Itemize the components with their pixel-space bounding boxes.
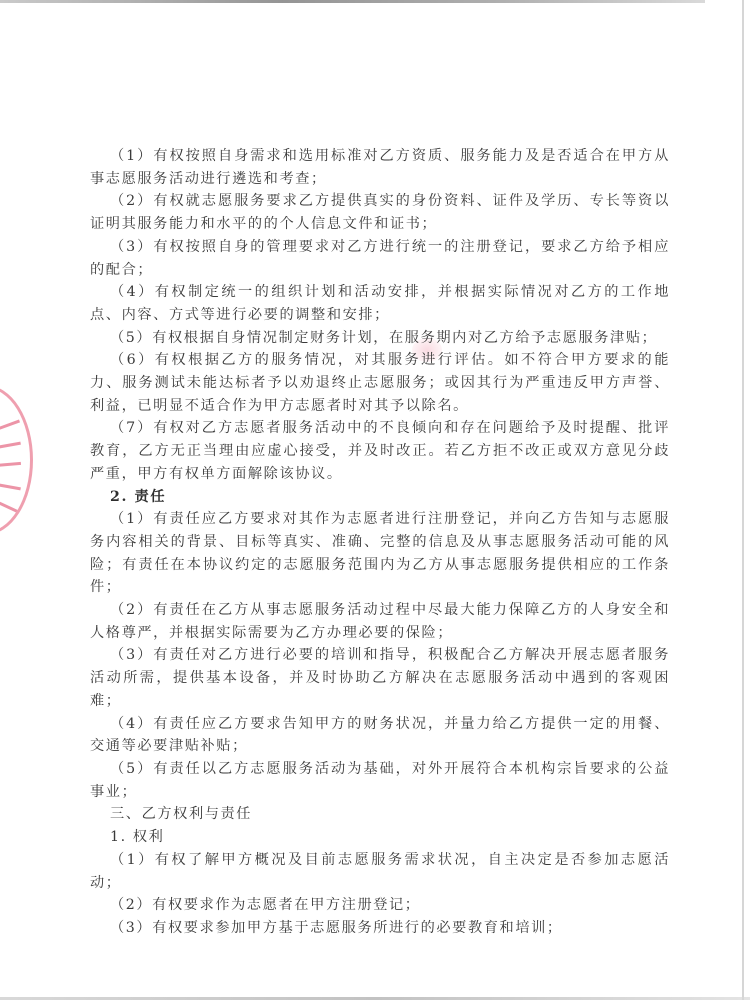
- seal-stroke: [0, 462, 21, 469]
- clause-right-3: （3）有权按照自身的管理要求对乙方进行统一的注册登记，要求乙方给予相应的配合；: [90, 236, 670, 281]
- section-three-heading: 三、乙方权利与责任: [90, 803, 670, 826]
- seal-stroke: [0, 479, 21, 491]
- clause-right-6: （6）有权根据乙方的服务情况，对其服务进行评估。如不符合甲方要求的能力、服务测试…: [90, 349, 670, 417]
- party-b-right-1: （1）有权了解甲方概况及目前志愿服务需求状况，自主决定是否参加志愿活动；: [90, 849, 670, 894]
- clause-duty-3: （3）有责任对乙方进行必要的培训和指导，积极配合乙方解决开展志愿者服务活动所需，…: [90, 644, 670, 712]
- clause-duty-5: （5）有责任以乙方志愿服务活动为基础，对外开展符合本机构宗旨要求的公益事业；: [90, 758, 670, 803]
- clause-right-7: （7）有权对乙方志愿者服务活动中的不良倾向和存在问题给予及时提醒、批评教育，乙方…: [90, 417, 670, 485]
- clause-right-1: （1）有权按照自身需求和选用标准对乙方资质、服务能力及是否适合在甲方从事志愿服务…: [90, 145, 670, 190]
- clause-duty-2: （2）有责任在乙方从事志愿服务活动过程中尽最大能力保障乙方的人身安全和人格尊严，…: [90, 599, 670, 644]
- seal-stroke: [0, 442, 21, 454]
- scan-top-edge: [0, 0, 705, 3]
- duties-heading: 2. 责任: [90, 486, 670, 509]
- clause-duty-4: （4）有责任应乙方要求告知甲方的财务状况，并量力给乙方提供一定的用餐、交通等必要…: [90, 713, 670, 758]
- seal-stroke: [0, 420, 20, 440]
- clause-duty-1: （1）有责任应乙方要求对其作为志愿者进行注册登记，并向乙方告知与志愿服务内容相关…: [90, 508, 670, 599]
- clause-right-5: （5）有权根据自身情况制定财务计划，在服务期内对乙方给予志愿服务津贴；: [90, 327, 670, 350]
- scan-right-edge: [742, 0, 744, 1000]
- seal-stroke: [0, 490, 19, 514]
- party-b-right-3: （3）有权要求参加甲方基于志愿服务所进行的必要教育和培训；: [90, 917, 670, 940]
- clause-right-4: （4）有权制定统一的组织计划和活动安排，并根据实际情况对乙方的工作地点、内容、方…: [90, 281, 670, 326]
- party-b-rights-heading: 1. 权利: [90, 826, 670, 849]
- contract-page-body: （1）有权按照自身需求和选用标准对乙方资质、服务能力及是否适合在甲方从事志愿服务…: [90, 145, 670, 940]
- clause-right-2: （2）有权就志愿服务要求乙方提供真实的身份资料、证件及学历、专长等资以证明其服务…: [90, 190, 670, 235]
- party-b-right-2: （2）有权要求作为志愿者在甲方注册登记；: [90, 894, 670, 917]
- red-seal-stamp: [0, 385, 33, 535]
